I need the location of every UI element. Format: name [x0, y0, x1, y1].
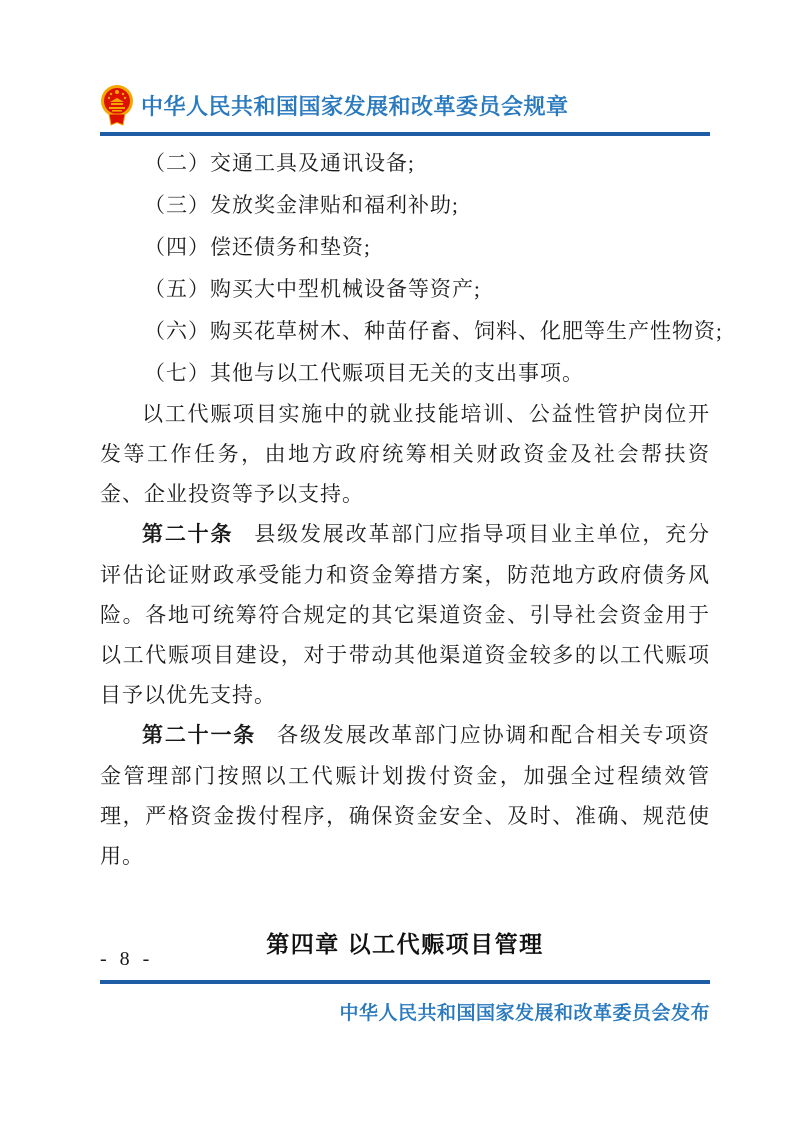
document-footer: - 8 - 中华人民共和国国家发展和改革委员会发布 — [100, 942, 710, 1025]
list-item: （七）其他与以工代赈项目无关的支出事项。 — [100, 352, 710, 394]
list-item: （三）发放奖金津贴和福利补助; — [100, 184, 710, 226]
document-header: 中华人民共和国国家发展和改革委员会规章 — [100, 84, 710, 136]
paragraph: 以工代赈项目实施中的就业技能培训、公益性管护岗位开发等工作任务，由地方政府统筹相… — [100, 394, 710, 514]
footer-divider — [100, 980, 710, 984]
list-item: （六）购买花草树木、种苗仔畜、饲料、化肥等生产性物资; — [100, 310, 710, 352]
paragraph-article-21: 第二十一条各级发展改革部门应协调和配合相关专项资金管理部门按照以工代赈计划拨付资… — [100, 715, 710, 876]
paragraph-text: 县级发展改革部门应指导项目业主单位，充分评估论证财政承受能力和资金筹措方案，防范… — [100, 522, 710, 707]
list-item: （四）偿还债务和垫资; — [100, 226, 710, 268]
china-national-emblem-icon — [100, 84, 134, 126]
page-number: - 8 - — [100, 942, 710, 976]
document-body: （二）交通工具及通讯设备; （三）发放奖金津贴和福利补助; （四）偿还债务和垫资… — [100, 142, 710, 959]
publisher-line: 中华人民共和国国家发展和改革委员会发布 — [100, 998, 710, 1025]
paragraph-article-20: 第二十条县级发展改革部门应指导项目业主单位，充分评估论证财政承受能力和资金筹措方… — [100, 514, 710, 715]
list-item: （五）购买大中型机械设备等资产; — [100, 268, 710, 310]
article-number: 第二十条 — [142, 523, 233, 546]
article-number: 第二十一条 — [142, 724, 256, 747]
header-title: 中华人民共和国国家发展和改革委员会规章 — [141, 90, 569, 121]
paragraph-text: 以工代赈项目实施中的就业技能培训、公益性管护岗位开发等工作任务，由地方政府统筹相… — [100, 402, 710, 506]
list-item: （二）交通工具及通讯设备; — [100, 142, 710, 184]
document-page: 中华人民共和国国家发展和改革委员会规章 （二）交通工具及通讯设备; （三）发放奖… — [0, 0, 793, 1122]
